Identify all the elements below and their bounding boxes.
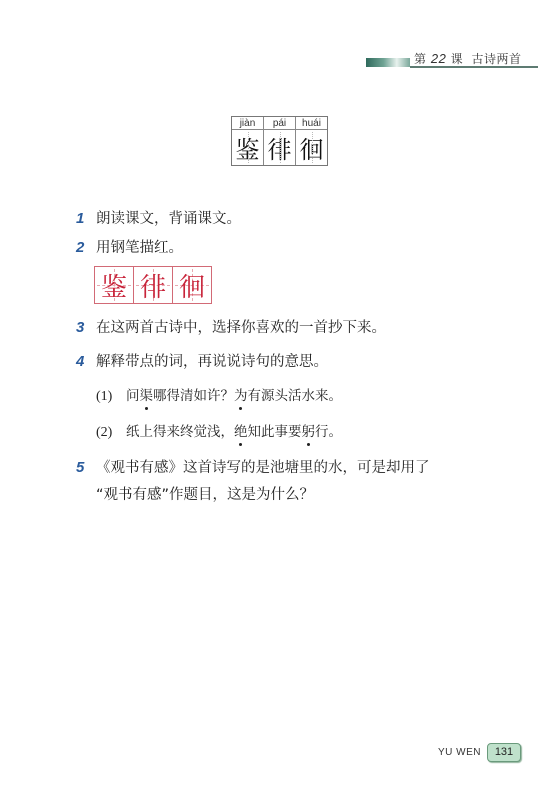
exercise-number: 4	[76, 353, 96, 370]
sub-item-2: (2)纸上得来终觉浅，绝知此事要躬行。	[96, 420, 342, 441]
pinyin-cell: pái	[264, 117, 296, 129]
dotted-word: 绝	[234, 424, 248, 440]
character-row: 鉴 徘 徊	[232, 130, 327, 165]
poem-text: 问	[126, 388, 140, 404]
lesson-number: 22	[431, 51, 446, 66]
vocab-word-box: jiàn pái huái 鉴 徘 徊	[231, 116, 328, 166]
lesson-prefix: 第	[414, 52, 427, 66]
exercise-3: 3在这两首古诗中，选择你喜欢的一首抄下来。	[76, 316, 386, 337]
poem-text: 纸上得来终觉浅，	[126, 424, 234, 440]
poem-text: 哪得清如许？	[153, 388, 234, 404]
sub-item-label: (1)	[96, 389, 126, 405]
tracing-character: 徘	[140, 267, 166, 304]
dotted-word: 为	[234, 388, 248, 404]
tracing-character: 徊	[179, 267, 205, 304]
exercise-number: 3	[76, 319, 96, 336]
exercise-text: 《观书有感》这首诗写的是池塘里的水，可是却用了	[96, 460, 430, 476]
character-cell: 徊	[296, 130, 327, 165]
poem-text: 知此事要	[248, 424, 302, 440]
exercise-2: 2用钢笔描红。	[76, 236, 183, 257]
subject-label: YU WEN	[438, 747, 481, 758]
tracing-cell: 鉴	[95, 267, 134, 303]
poem-text: 行。	[315, 424, 342, 440]
lesson-title: 第 22 课 古诗两首	[414, 50, 522, 67]
character-cell: 鉴	[232, 130, 264, 165]
exercise-text: “观书有感”作题目，这是为什么？	[96, 487, 314, 503]
pinyin-cell: huái	[296, 117, 327, 129]
lesson-suffix: 课	[451, 52, 464, 66]
character-cell: 徘	[264, 130, 296, 165]
exercise-4: 4解释带点的词，再说说诗句的意思。	[76, 350, 328, 371]
sub-item-1: (1)问渠哪得清如许？为有源头活水来。	[96, 384, 342, 405]
page-footer: YU WEN 131	[438, 742, 521, 762]
pinyin-row: jiàn pái huái	[232, 117, 327, 130]
tracing-cell: 徘	[134, 267, 173, 303]
exercise-number: 5	[76, 459, 96, 476]
exercise-number: 1	[76, 210, 96, 227]
pinyin-cell: jiàn	[232, 117, 264, 129]
exercise-5-continuation: “观书有感”作题目，这是为什么？	[76, 483, 314, 504]
header-gradient-bar	[366, 58, 410, 67]
exercise-text: 朗读课文，背诵课文。	[96, 211, 241, 227]
sub-item-label: (2)	[96, 425, 126, 441]
poem-text: 有源头活水来。	[248, 388, 343, 404]
dotted-word: 躬	[302, 424, 316, 440]
exercise-1: 1朗读课文，背诵课文。	[76, 207, 241, 228]
dotted-word: 渠	[140, 388, 154, 404]
exercise-text: 在这两首古诗中，选择你喜欢的一首抄下来。	[96, 320, 386, 336]
exercise-text: 用钢笔描红。	[96, 240, 183, 256]
exercise-text: 解释带点的词，再说说诗句的意思。	[96, 354, 328, 370]
tracing-character: 鉴	[101, 267, 127, 304]
lesson-header: 第 22 课 古诗两首	[366, 50, 542, 70]
lesson-title-text: 古诗两首	[471, 52, 521, 66]
tracing-grid: 鉴 徘 徊	[94, 266, 212, 304]
exercise-5: 5《观书有感》这首诗写的是池塘里的水，可是却用了	[76, 456, 430, 477]
tracing-cell: 徊	[173, 267, 211, 303]
page-number-badge: 131	[487, 743, 521, 762]
exercise-number: 2	[76, 239, 96, 256]
